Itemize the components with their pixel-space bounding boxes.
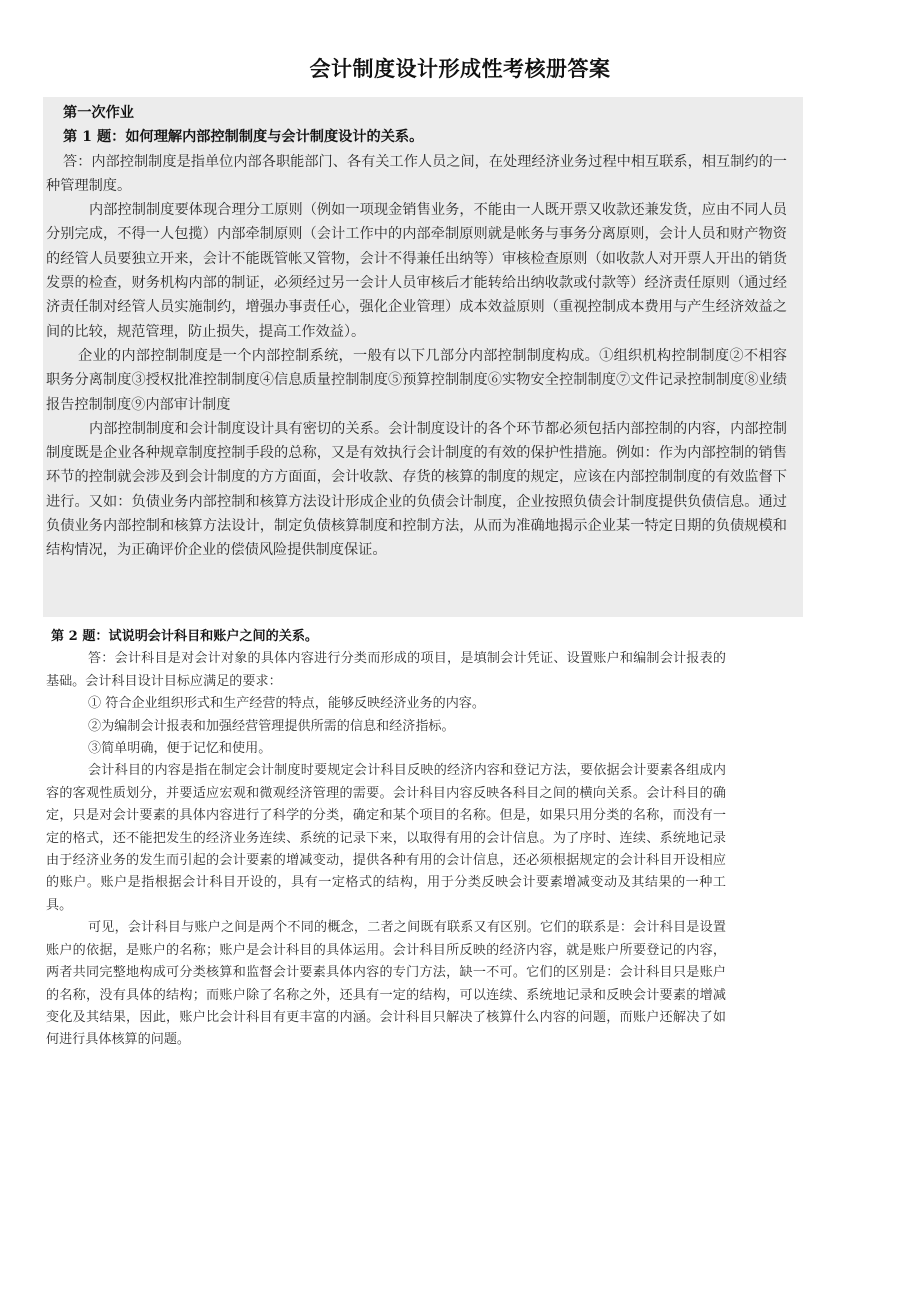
answer-2-intro: 答：会计科目是对会计对象的具体内容进行分类而形成的项目，是填制会计凭证、设置账户… [46,648,726,693]
answer-1-paragraph-2: 内部控制制度要体现合理分工原则（例如一项现金销售业务，不能由一人既开票又收款还兼… [46,198,787,344]
assignment-heading: 第一次作业 [46,101,787,125]
requirement-item-3: ③简单明确，便于记忆和使用。 [46,738,726,760]
answer-2-paragraph-2: 可见，会计科目与账户之间是两个不同的概念，二者之间既有联系又有区别。它们的联系是… [46,917,726,1051]
document-title: 会计制度设计形成性考核册答案 [0,55,920,83]
answer-1-paragraph-4: 内部控制制度和会计制度设计具有密切的关系。会计制度设计的各个环节都必须包括内部控… [46,417,787,563]
requirement-item-2: ②为编制会计报表和加强经营管理提供所需的信息和经济指标。 [46,716,726,738]
answer-1-paragraph-1: 答：内部控制制度是指单位内部各职能部门、各有关工作人员之间，在处理经济业务过程中… [46,150,787,199]
answer-1-paragraph-3: 企业的内部控制制度是一个内部控制系统，一般有以下几部分内部控制制度构成。①组织机… [46,344,787,417]
question-2-title: 第 2 题：试说明会计科目和账户之间的关系。 [46,626,726,648]
question-1-title: 第 1 题：如何理解内部控制制度与会计制度设计的关系。 [46,125,787,149]
requirement-item-1: ① 符合企业组织形式和生产经营的特点，能够反映经济业务的内容。 [46,693,726,715]
assignment-1-section: 第一次作业 第 1 题：如何理解内部控制制度与会计制度设计的关系。 答：内部控制… [43,97,803,617]
answer-2-paragraph-1: 会计科目的内容是指在制定会计制度时要规定会计科目反映的经济内容和登记方法，要依据… [46,760,726,917]
question-2-section: 第 2 题：试说明会计科目和账户之间的关系。 答：会计科目是对会计对象的具体内容… [46,626,726,1052]
